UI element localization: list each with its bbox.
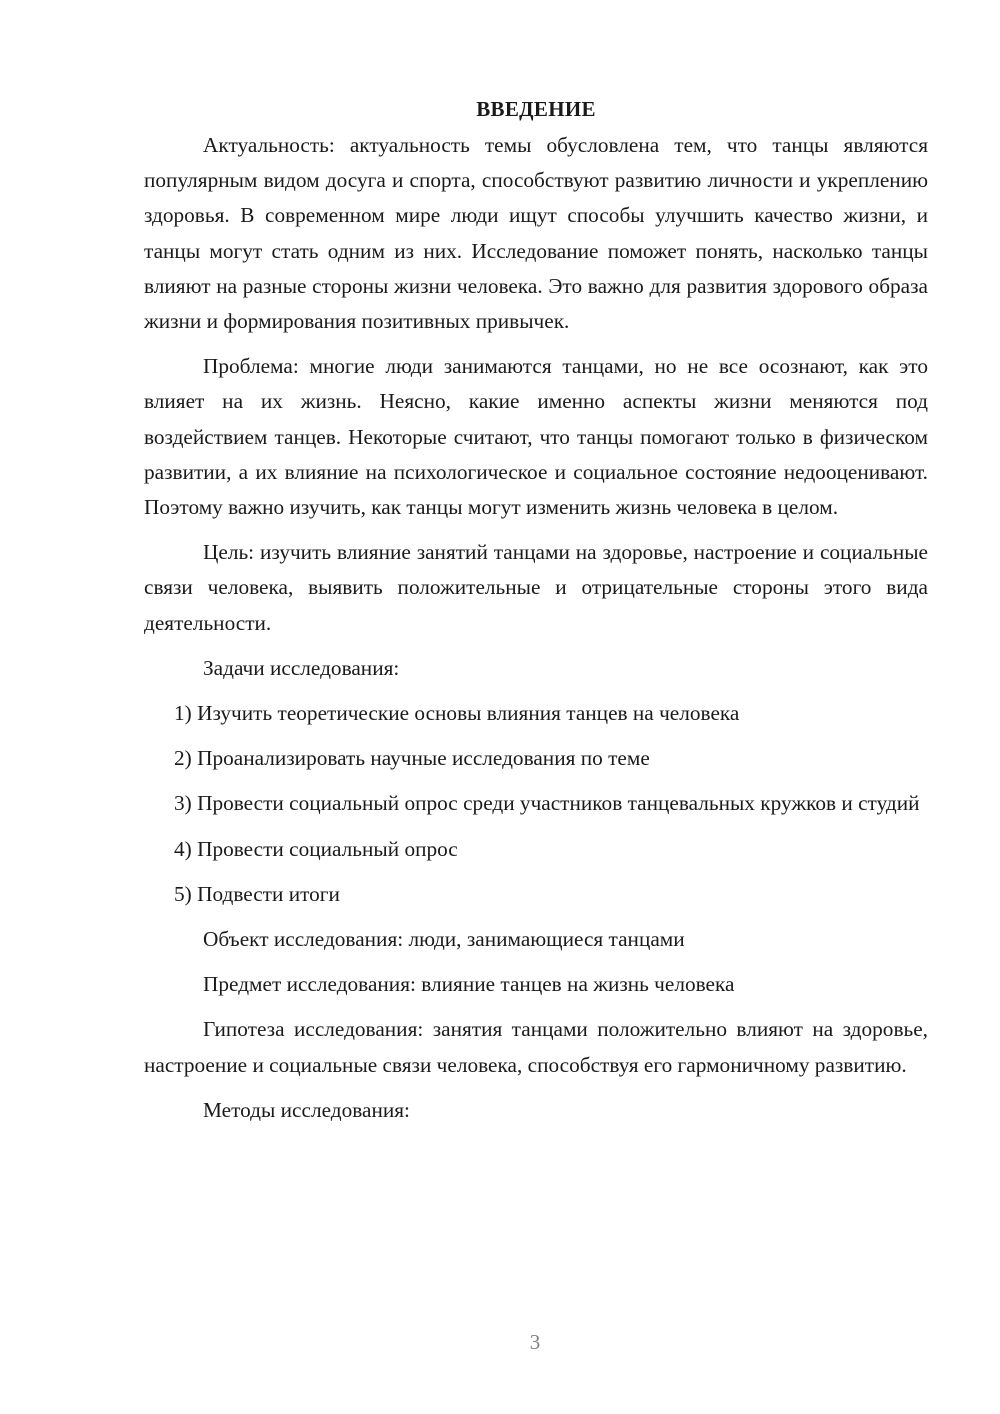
hypothesis-paragraph: Гипотеза исследования: занятия танцами п… [144, 1012, 928, 1082]
research-subject: Предмет исследования: влияние танцев на … [144, 967, 928, 1002]
task-item-4: 4) Провести социальный опрос [144, 832, 928, 867]
page-content: ВВЕДЕНИЕ Актуальность: актуальность темы… [144, 92, 928, 1138]
problem-paragraph: Проблема: многие люди занимаются танцами… [144, 349, 928, 525]
tasks-heading: Задачи исследования: [144, 651, 928, 686]
relevance-paragraph: Актуальность: актуальность темы обусловл… [144, 128, 928, 339]
task-item-2: 2) Проанализировать научные исследования… [144, 741, 928, 776]
section-title: ВВЕДЕНИЕ [144, 92, 928, 127]
task-item-5: 5) Подвести итоги [144, 877, 928, 912]
research-object: Объект исследования: люди, занимающиеся … [144, 922, 928, 957]
page-number: 3 [0, 1330, 1000, 1355]
goal-paragraph: Цель: изучить влияние занятий танцами на… [144, 535, 928, 641]
document-page: ВВЕДЕНИЕ Актуальность: актуальность темы… [0, 0, 1000, 1414]
methods-heading: Методы исследования: [144, 1093, 928, 1128]
task-item-1: 1) Изучить теоретические основы влияния … [144, 696, 928, 731]
task-item-3: 3) Провести социальный опрос среди участ… [144, 786, 928, 821]
